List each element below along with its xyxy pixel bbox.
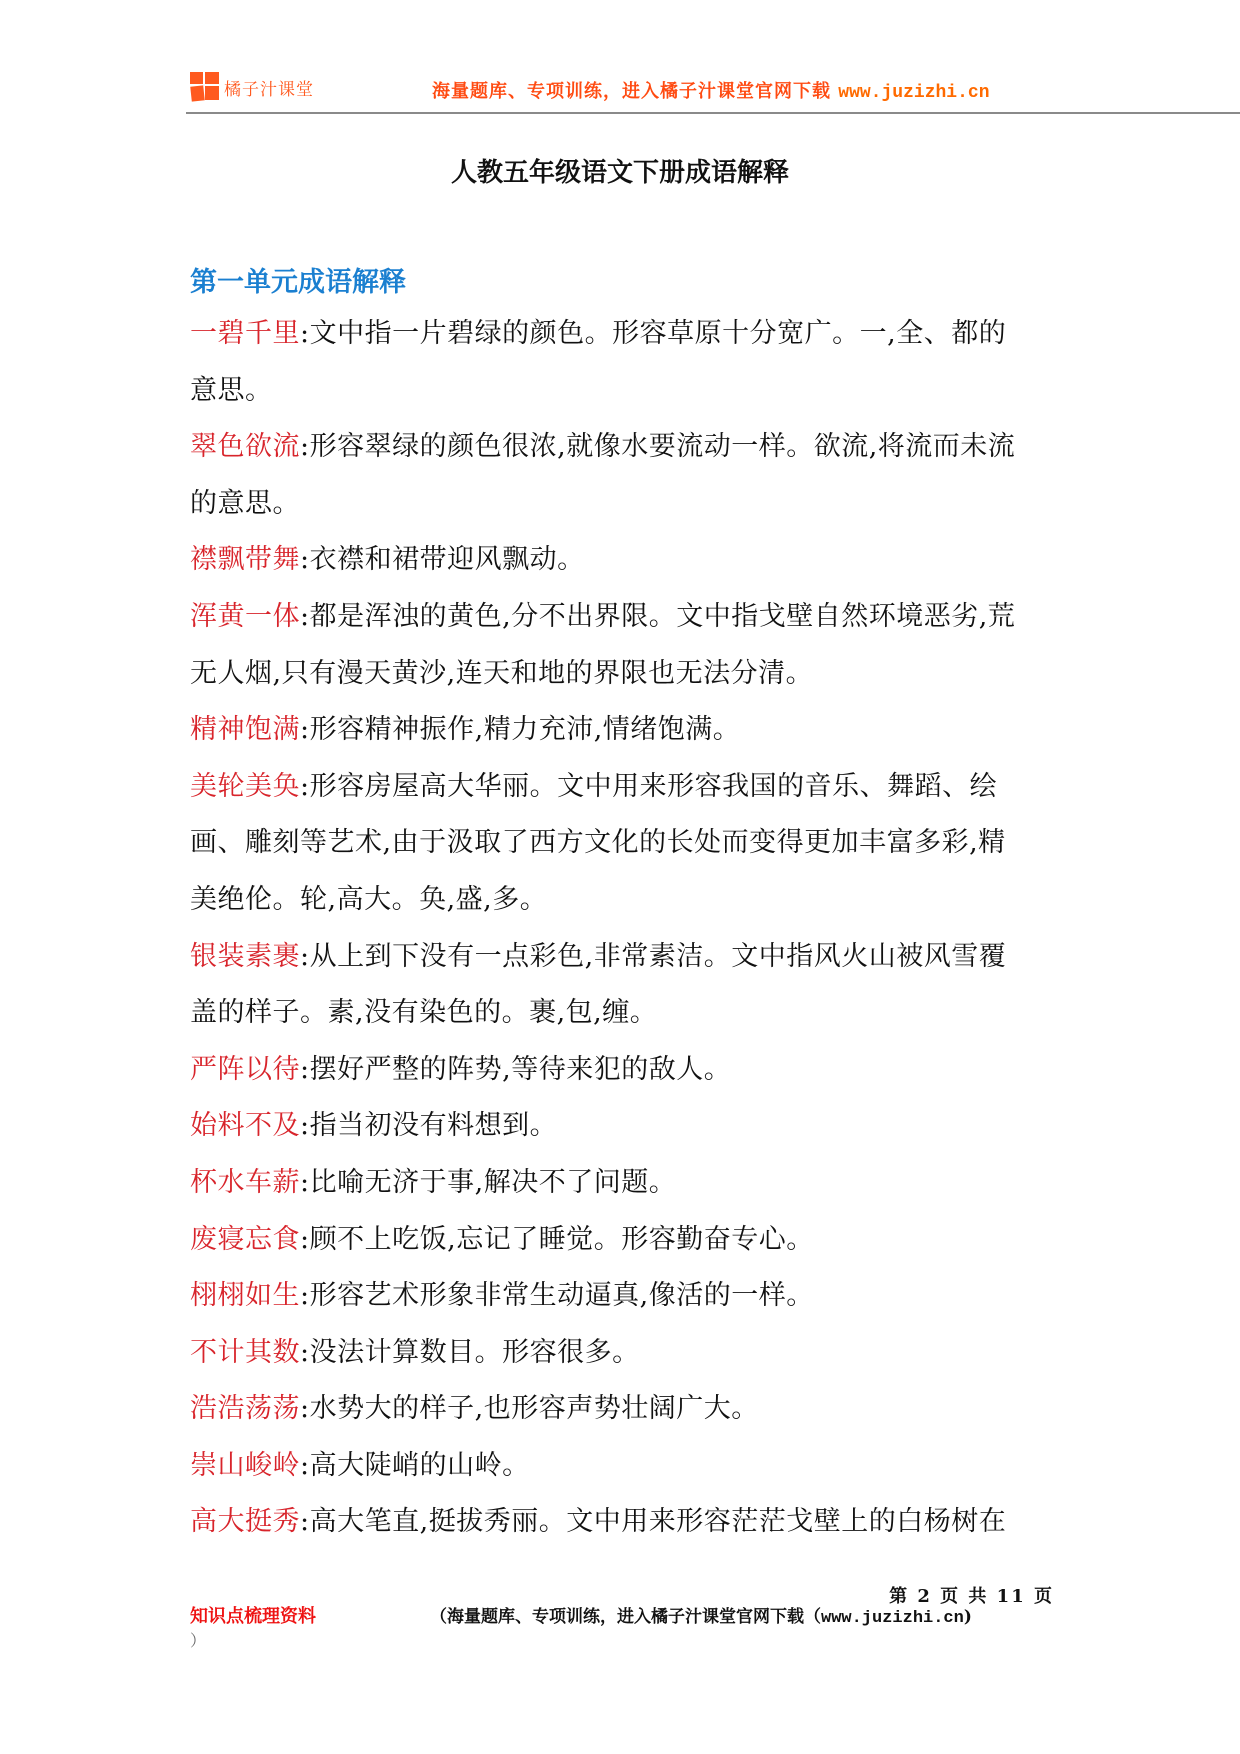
idiom-continuation: 意思。: [190, 371, 1056, 428]
idiom-term: 浑黄一体: [190, 601, 300, 632]
idiom-term: 翠色欲流: [190, 431, 300, 462]
idiom-definition: 意思。: [190, 375, 273, 406]
brand-name: 橘子汁课堂: [224, 75, 314, 100]
idiom-definition: 指当初没有料想到。: [310, 1110, 558, 1141]
idiom-term: 栩栩如生: [190, 1280, 300, 1311]
separator: :: [300, 1280, 310, 1311]
idiom-definition: 形容房屋高大华丽。文中用来形容我国的音乐、舞蹈、绘: [310, 771, 998, 802]
idiom-entry: 高大挺秀:高大笔直,挺拔秀丽。文中用来形容茫茫戈壁上的白杨树在: [190, 1502, 1056, 1559]
idiom-definition: 美绝伦。轮,高大。奂,盛,多。: [190, 884, 547, 915]
idiom-continuation: 盖的样子。素,没有染色的。裹,包,缠。: [190, 993, 1056, 1050]
idiom-entry: 美轮美奂:形容房屋高大华丽。文中用来形容我国的音乐、舞蹈、绘: [190, 767, 1056, 824]
footer-url: www.juzizhi.cn: [821, 1609, 964, 1628]
idiom-definition: 高大陡峭的山岭。: [310, 1450, 530, 1481]
slogan-text: 海量题库、专项训练，进入橘子汁课堂官网下载: [432, 81, 831, 102]
idiom-definition: 比喻无济于事,解决不了问题。: [310, 1167, 677, 1198]
footer-slogan-text: （海量题库、专项训练，进入橘子汁课堂官网下载（: [430, 1607, 821, 1627]
idiom-entry: 栩栩如生:形容艺术形象非常生动逼真,像活的一样。: [190, 1276, 1056, 1333]
idiom-continuation: 画、雕刻等艺术,由于汲取了西方文化的长处而变得更加丰富多彩,精: [190, 823, 1056, 880]
idiom-term: 浩浩荡荡: [190, 1393, 300, 1424]
slogan-url: www.juzizhi.cn: [838, 83, 989, 103]
header-divider: [186, 112, 1240, 114]
separator: :: [300, 318, 310, 349]
idiom-definition: 无人烟,只有漫天黄沙,连天和地的界限也无法分清。: [190, 658, 813, 689]
separator: :: [300, 1054, 310, 1085]
footer-slogan: （海量题库、专项训练，进入橘子汁课堂官网下载（www.juzizhi.cn): [430, 1602, 972, 1628]
idiom-definition: 摆好严整的阵势,等待来犯的敌人。: [310, 1054, 732, 1085]
idiom-definition: 形容精神振作,精力充沛,情绪饱满。: [310, 714, 741, 745]
idiom-definition: 盖的样子。素,没有染色的。裹,包,缠。: [190, 997, 657, 1028]
separator: :: [300, 1110, 310, 1141]
page-header: 橘子汁课堂 海量题库、专项训练，进入橘子汁课堂官网下载 www.juzizhi.…: [0, 0, 1240, 114]
idiom-definition: 从上到下没有一点彩色,非常素洁。文中指风火山被风雪覆: [310, 941, 1007, 972]
idiom-entry: 翠色欲流:形容翠绿的颜色很浓,就像水要流动一样。欲流,将流而未流: [190, 427, 1056, 484]
logo-squares-icon: [190, 72, 220, 102]
separator: :: [300, 714, 310, 745]
idiom-entry: 杯水车薪:比喻无济于事,解决不了问题。: [190, 1163, 1056, 1220]
idiom-entry: 严阵以待:摆好严整的阵势,等待来犯的敌人。: [190, 1050, 1056, 1107]
idiom-continuation: 的意思。: [190, 484, 1056, 541]
idiom-definition: 没法计算数目。形容很多。: [310, 1337, 640, 1368]
footer-label: 知识点梳理资料: [190, 1602, 316, 1628]
idiom-entry: 崇山峻岭:高大陡峭的山岭。: [190, 1446, 1056, 1503]
idiom-entry: 不计其数:没法计算数目。形容很多。: [190, 1333, 1056, 1390]
idiom-term: 始料不及: [190, 1110, 300, 1141]
brand-logo: 橘子汁课堂: [190, 72, 314, 102]
idiom-definition: 都是浑浊的黄色,分不出界限。文中指戈壁自然环境恶劣,荒: [310, 601, 1016, 632]
idiom-entry: 银装素裹:从上到下没有一点彩色,非常素洁。文中指风火山被风雪覆: [190, 937, 1056, 994]
separator: :: [300, 1506, 310, 1537]
idiom-entry: 一碧千里:文中指一片碧绿的颜色。形容草原十分宽广。一,全、都的: [190, 314, 1056, 371]
idiom-term: 高大挺秀: [190, 1506, 300, 1537]
separator: :: [300, 1167, 310, 1198]
idiom-definition: 衣襟和裙带迎风飘动。: [310, 544, 585, 575]
footer-trailing-paren: ）: [190, 1628, 206, 1651]
idiom-entry: 襟飘带舞:衣襟和裙带迎风飘动。: [190, 540, 1056, 597]
separator: :: [300, 1224, 310, 1255]
separator: :: [300, 1393, 310, 1424]
idiom-definition: 的意思。: [190, 488, 300, 519]
idiom-entry: 浑黄一体:都是浑浊的黄色,分不出界限。文中指戈壁自然环境恶劣,荒: [190, 597, 1056, 654]
idiom-definition: 形容翠绿的颜色很浓,就像水要流动一样。欲流,将流而未流: [310, 431, 1016, 462]
idiom-term: 崇山峻岭: [190, 1450, 300, 1481]
idiom-entry: 始料不及:指当初没有料想到。: [190, 1106, 1056, 1163]
separator: :: [300, 544, 310, 575]
idiom-term: 银装素裹: [190, 941, 300, 972]
idiom-definition: 水势大的样子,也形容声势壮阔广大。: [310, 1393, 759, 1424]
idiom-term: 废寝忘食: [190, 1224, 300, 1255]
idiom-continuation: 无人烟,只有漫天黄沙,连天和地的界限也无法分清。: [190, 654, 1056, 711]
idiom-term: 严阵以待: [190, 1054, 300, 1085]
idiom-term: 杯水车薪: [190, 1167, 300, 1198]
idiom-definition: 画、雕刻等艺术,由于汲取了西方文化的长处而变得更加丰富多彩,精: [190, 827, 1006, 858]
idiom-term: 襟飘带舞: [190, 544, 300, 575]
section-heading: 第一单元成语解释: [190, 260, 406, 299]
separator: :: [300, 941, 310, 972]
idiom-entry: 精神饱满:形容精神振作,精力充沛,情绪饱满。: [190, 710, 1056, 767]
document-title: 人教五年级语文下册成语解释: [0, 152, 1240, 189]
separator: :: [300, 771, 310, 802]
idiom-entry: 浩浩荡荡:水势大的样子,也形容声势壮阔广大。: [190, 1389, 1056, 1446]
idiom-term: 一碧千里: [190, 318, 300, 349]
idiom-term: 精神饱满: [190, 714, 300, 745]
idiom-list: 一碧千里:文中指一片碧绿的颜色。形容草原十分宽广。一,全、都的意思。翠色欲流:形…: [190, 314, 1056, 1559]
idiom-definition: 高大笔直,挺拔秀丽。文中用来形容茫茫戈壁上的白杨树在: [310, 1506, 1007, 1537]
idiom-term: 美轮美奂: [190, 771, 300, 802]
separator: :: [300, 431, 310, 462]
idiom-definition: 顾不上吃饭,忘记了睡觉。形容勤奋专心。: [310, 1224, 814, 1255]
separator: :: [300, 601, 310, 632]
idiom-continuation: 美绝伦。轮,高大。奂,盛,多。: [190, 880, 1056, 937]
separator: :: [300, 1450, 310, 1481]
idiom-definition: 形容艺术形象非常生动逼真,像活的一样。: [310, 1280, 814, 1311]
idiom-definition: 文中指一片碧绿的颜色。形容草原十分宽广。一,全、都的: [310, 318, 1007, 349]
idiom-entry: 废寝忘食:顾不上吃饭,忘记了睡觉。形容勤奋专心。: [190, 1220, 1056, 1277]
footer-close-paren: ): [964, 1607, 972, 1627]
idiom-term: 不计其数: [190, 1337, 300, 1368]
header-slogan: 海量题库、专项训练，进入橘子汁课堂官网下载 www.juzizhi.cn: [432, 77, 990, 103]
separator: :: [300, 1337, 310, 1368]
